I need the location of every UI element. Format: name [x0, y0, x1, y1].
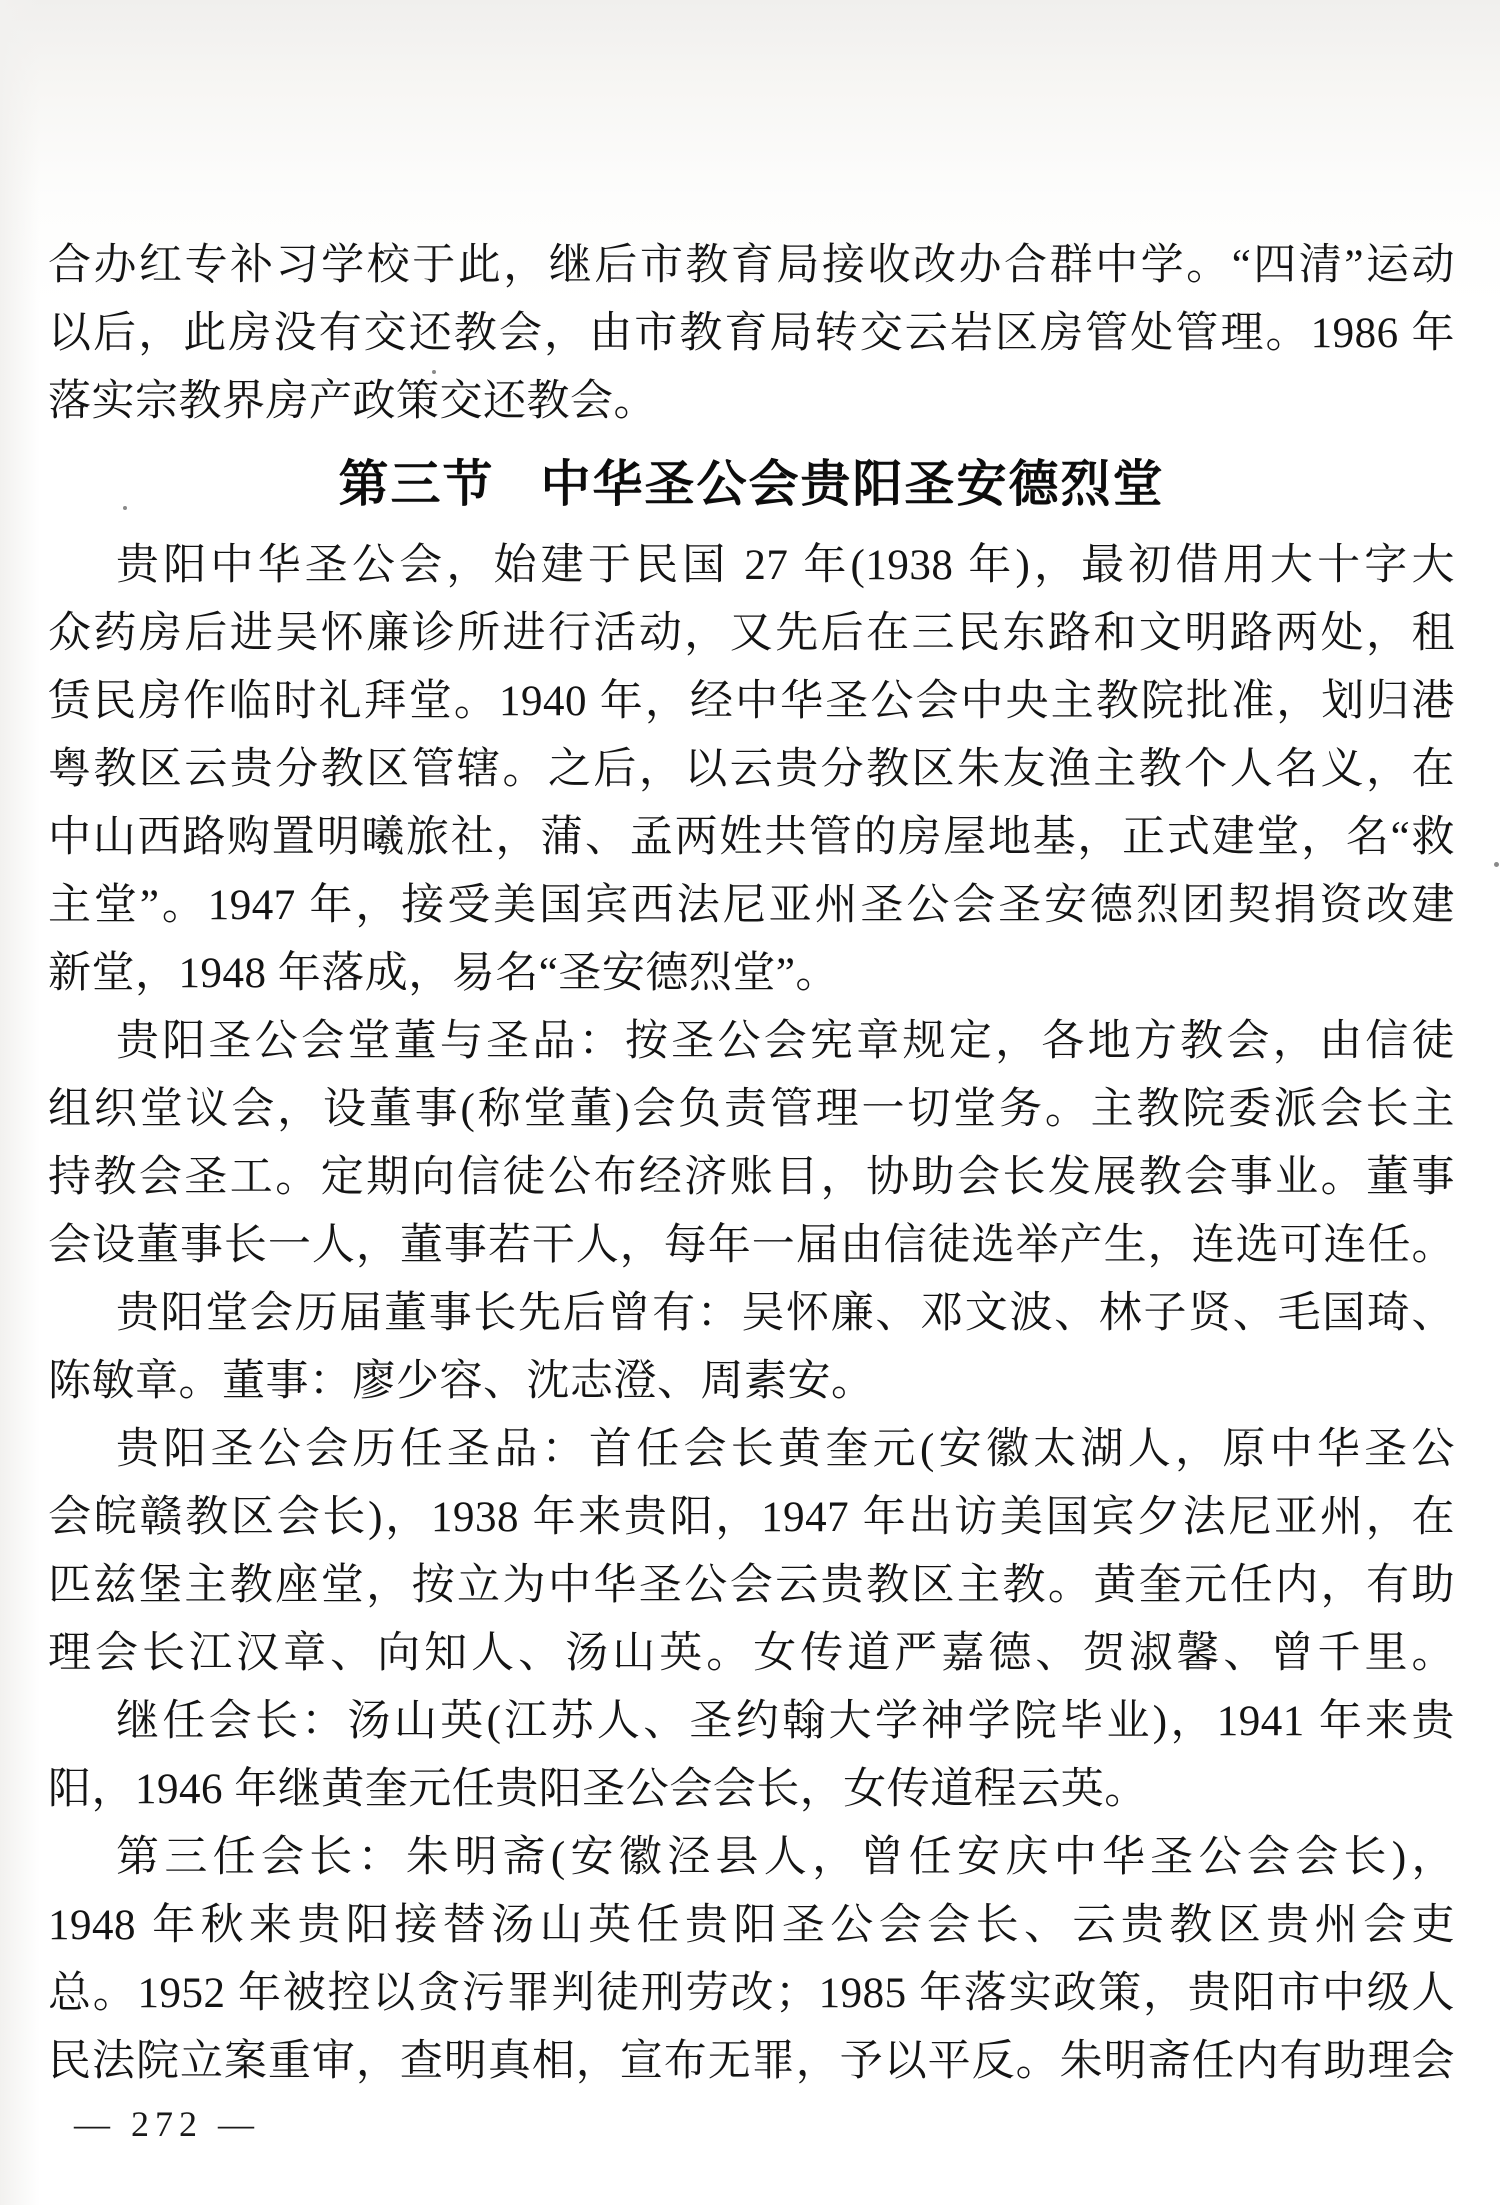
text-line: 主堂”。1947 年，接受美国宾西法尼亚州圣公会圣安德烈团契捐资改建: [48, 872, 1455, 940]
scan-edge-shading: [0, 0, 40, 2205]
book-page: 合办红专补习学校于此，继后市教育局接收改办合群中学。“四清”运动以后，此房没有交…: [0, 0, 1500, 2205]
text-line: 匹兹堡主教座堂，按立为中华圣公会云贵教区主教。黄奎元任内，有助: [48, 1552, 1455, 1620]
text-line: 组织堂议会，设董事(称堂董)会负责管理一切堂务。主教院委派会长主: [48, 1076, 1455, 1144]
text-line: 新堂，1948 年落成，易名“圣安德烈堂”。: [48, 940, 1455, 1008]
text-line: 粤教区云贵分教区管辖。之后，以云贵分教区朱友渔主教个人名义，在: [48, 736, 1455, 804]
intro-paragraph: 合办红专补习学校于此，继后市教育局接收改办合群中学。“四清”运动以后，此房没有交…: [48, 232, 1455, 436]
text-line: 贵阳中华圣公会，始建于民国 27 年(1938 年)，最初借用大十字大: [48, 532, 1455, 600]
text-line: 众药房后进吴怀廉诊所进行活动，又先后在三民东路和文明路两处，租: [48, 600, 1455, 668]
text-line: 总。1952 年被控以贪污罪判徒刑劳改；1985 年落实政策，贵阳市中级人: [48, 1960, 1455, 2028]
scan-speck: [123, 506, 127, 510]
text-line: 继任会长：汤山英(江苏人、圣约翰大学神学院毕业)，1941 年来贵: [48, 1688, 1455, 1756]
page-number: — 272 —: [74, 2102, 260, 2146]
section-heading: 第三节中华圣公会贵阳圣安德烈堂: [48, 450, 1455, 518]
scan-speck: [910, 1041, 914, 1045]
scan-speck: [432, 370, 436, 374]
text-line: 理会长江汉章、向知人、汤山英。女传道严嘉德、贺淑馨、曾千里。: [48, 1620, 1455, 1688]
text-line: 落实宗教界房产政策交还教会。: [48, 368, 1455, 436]
text-line: 贵阳圣公会堂董与圣品：按圣公会宪章规定，各地方教会，由信徒: [48, 1008, 1455, 1076]
text-line: 陈敏章。董事：廖少容、沈志澄、周素安。: [48, 1348, 1455, 1416]
text-line: 阳，1946 年继黄奎元任贵阳圣公会会长，女传道程云英。: [48, 1756, 1455, 1824]
scan-speck: [1494, 862, 1499, 867]
text-line: 贵阳圣公会历任圣品：首任会长黄奎元(安徽太湖人，原中华圣公: [48, 1416, 1455, 1484]
section-number: 第三节: [339, 456, 495, 512]
section-title: 中华圣公会贵阳圣安德烈堂: [541, 456, 1165, 512]
text-line: 以后，此房没有交还教会，由市教育局转交云岩区房管处管理。1986 年: [48, 300, 1455, 368]
text-line: 民法院立案重审，查明真相，宣布无罪，予以平反。朱明斋任内有助理会: [48, 2028, 1455, 2096]
text-line: 会设董事长一人，董事若干人，每年一届由信徒选举产生，连选可连任。: [48, 1212, 1455, 1280]
text-line: 持教会圣工。定期向信徒公布经济账目，协助会长发展教会事业。董事: [48, 1144, 1455, 1212]
text-line: 贵阳堂会历届董事长先后曾有：吴怀廉、邓文波、林子贤、毛国琦、: [48, 1280, 1455, 1348]
history-paragraph: 贵阳中华圣公会，始建于民国 27 年(1938 年)，最初借用大十字大众药房后进…: [48, 532, 1455, 1008]
second-rector-paragraph: 继任会长：汤山英(江苏人、圣约翰大学神学院毕业)，1941 年来贵阳，1946 …: [48, 1688, 1455, 1824]
text-line: 1948 年秋来贵阳接替汤山英任贵阳圣公会会长、云贵教区贵州会吏: [48, 1892, 1455, 1960]
directors-paragraph: 贵阳堂会历届董事长先后曾有：吴怀廉、邓文波、林子贤、毛国琦、陈敏章。董事：廖少容…: [48, 1280, 1455, 1416]
text-line: 会皖赣教区会长)，1938 年来贵阳，1947 年出访美国宾夕法尼亚州，在: [48, 1484, 1455, 1552]
text-line: 中山西路购置明曦旅社，蒲、孟两姓共管的房屋地基，正式建堂，名“救: [48, 804, 1455, 872]
text-line: 合办红专补习学校于此，继后市教育局接收改办合群中学。“四清”运动: [48, 232, 1455, 300]
text-line: 赁民房作临时礼拜堂。1940 年，经中华圣公会中央主教院批准，划归港: [48, 668, 1455, 736]
third-rector-paragraph: 第三任会长：朱明斋(安徽泾县人，曾任安庆中华圣公会会长)，1948 年秋来贵阳接…: [48, 1824, 1455, 2096]
governance-paragraph: 贵阳圣公会堂董与圣品：按圣公会宪章规定，各地方教会，由信徒组织堂议会，设董事(称…: [48, 1008, 1455, 1280]
first-rector-paragraph: 贵阳圣公会历任圣品：首任会长黄奎元(安徽太湖人，原中华圣公会皖赣教区会长)，19…: [48, 1416, 1455, 1688]
text-block: 合办红专补习学校于此，继后市教育局接收改办合群中学。“四清”运动以后，此房没有交…: [48, 232, 1455, 2096]
text-line: 第三任会长：朱明斋(安徽泾县人，曾任安庆中华圣公会会长)，: [48, 1824, 1455, 1892]
